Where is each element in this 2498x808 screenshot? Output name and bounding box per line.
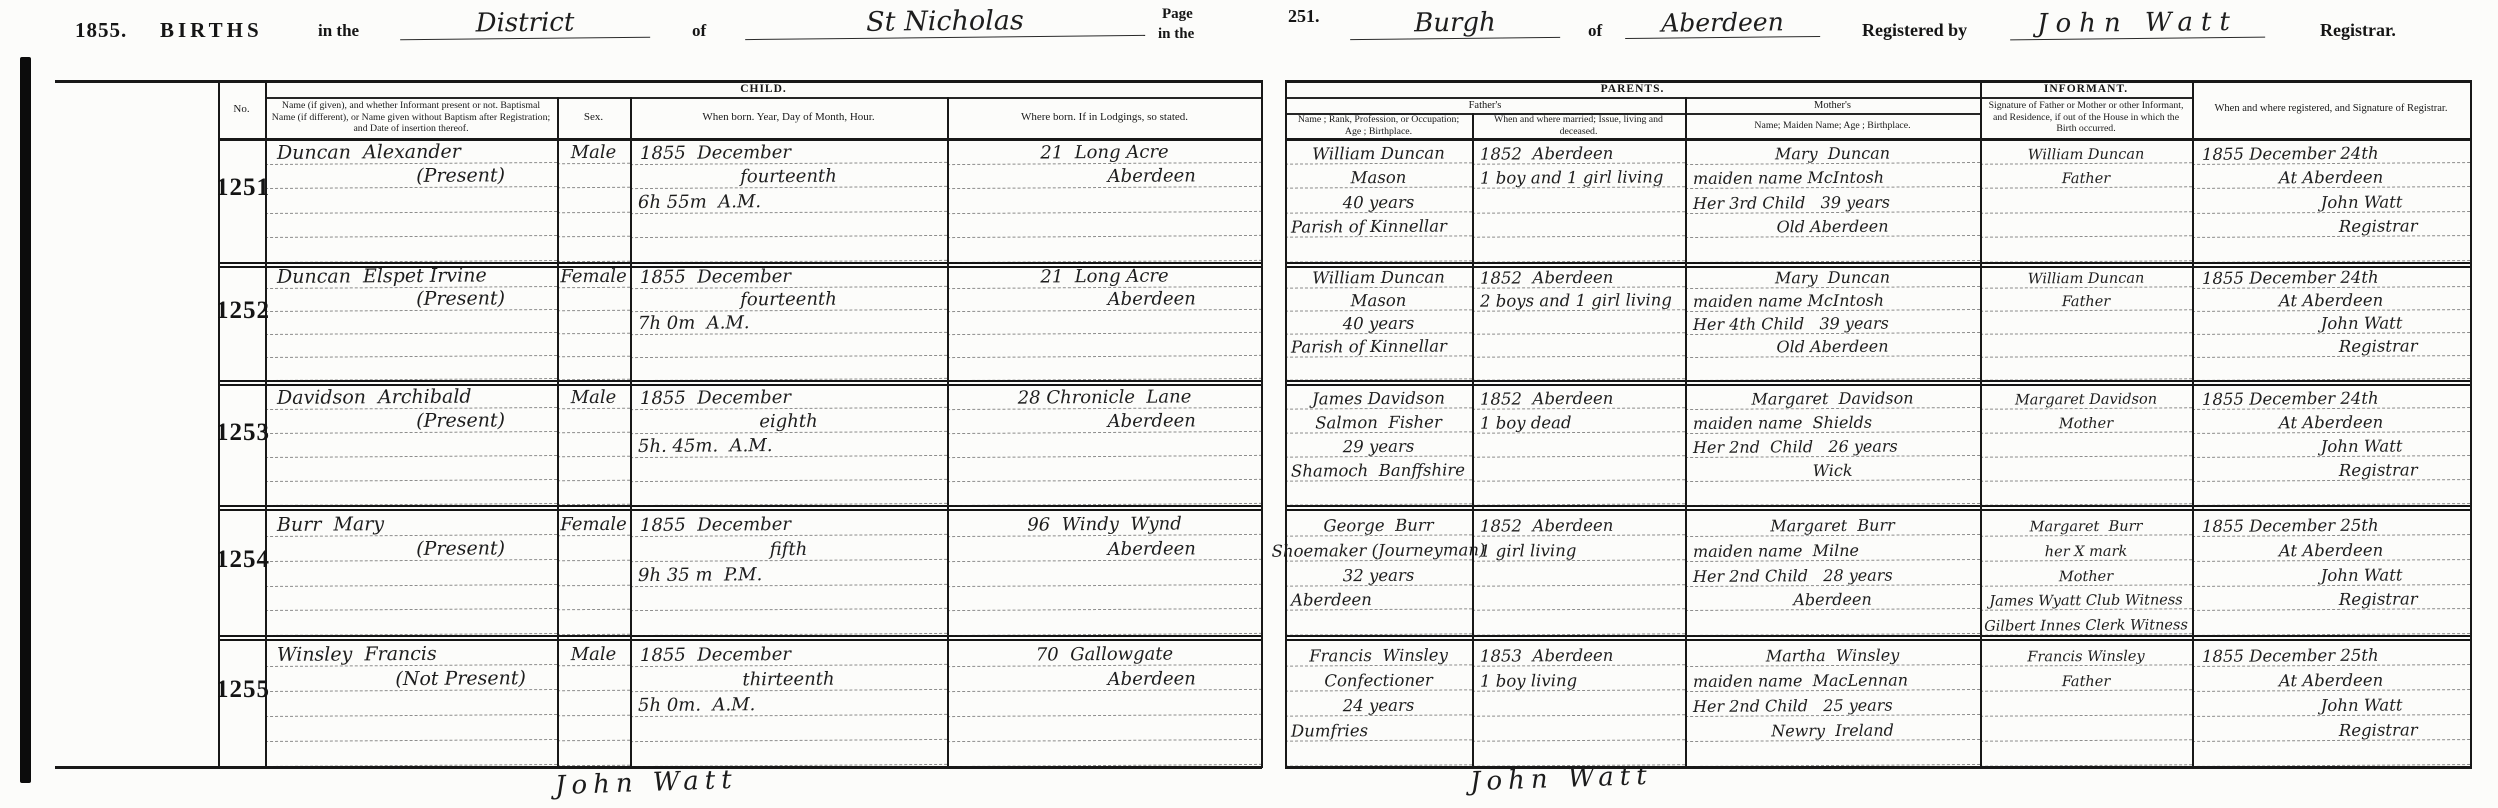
sex-line	[557, 610, 630, 635]
name-cell: Winsley Francis(Not Present)	[265, 641, 557, 766]
when-born-cell: 1855 Decembereighth5h. 45m. A.M.	[630, 385, 947, 505]
father-line: 32 years	[1285, 560, 1472, 586]
scan-edge-bar	[20, 57, 31, 783]
header-births-label: BIRTHS	[160, 18, 263, 43]
where-born-line: Aberdeen	[947, 408, 1262, 434]
name-line	[265, 432, 557, 458]
registered-line: Registrar	[2192, 715, 2470, 742]
col-header-father: Name ; Rank, Profession, or Occupation; …	[1285, 113, 1472, 138]
father-line: Mason	[1285, 287, 1472, 311]
sex-line	[557, 189, 630, 214]
where-born-line	[947, 212, 1262, 239]
when-born-line: 9h 35 m P.M.	[630, 559, 947, 586]
informant-line	[1980, 188, 2192, 214]
burgh-of-label: of	[1588, 21, 1602, 41]
registered-line: At Aberdeen	[2192, 665, 2470, 692]
married-cell: 1852 Aberdeen1 boy dead	[1472, 385, 1685, 505]
father-line: Confectioner	[1285, 665, 1472, 691]
record-number: 1255	[216, 676, 269, 704]
informant-line: her X mark	[1980, 535, 2192, 561]
sex-line	[557, 457, 630, 482]
mother-line: Old Aberdeen	[1685, 212, 1980, 238]
married-line	[1472, 609, 1685, 635]
where-born-line: 28 Chronicle Lane	[947, 384, 1262, 410]
when-born-line	[630, 584, 947, 611]
name-line	[265, 356, 557, 381]
mother-line: Her 2nd Child 26 years	[1685, 432, 1980, 458]
name-line: Duncan Elspet Irvine	[265, 264, 557, 289]
where-born-line: Aberdeen	[947, 287, 1262, 312]
sex-line	[557, 585, 630, 610]
name-line: (Present)	[265, 287, 557, 312]
father-cell: William DuncanMason40 yearsParish of Kin…	[1285, 140, 1472, 262]
col-header-no: No.	[218, 80, 265, 138]
where-born-line: Aberdeen	[947, 163, 1262, 190]
married-line	[1472, 237, 1685, 263]
where-born-line	[947, 456, 1262, 482]
when-born-line	[630, 480, 947, 506]
col-header-when-born: When born. Year, Day of Month, Hour.	[630, 97, 947, 138]
registered-cell: 1855 December 24thAt AberdeenJohn WattRe…	[2192, 140, 2470, 262]
informant-cell: William DuncanFather	[1980, 265, 2192, 380]
sex-line: Female	[557, 265, 630, 289]
registered-by-label: Registered by	[1862, 20, 1967, 41]
married-line: 1 boy dead	[1472, 408, 1685, 433]
informant-line: William Duncan	[1980, 139, 2192, 165]
mother-line: Old Aberdeen	[1685, 333, 1980, 358]
where-born-line: Aberdeen	[947, 535, 1262, 562]
where-born-line	[947, 584, 1262, 611]
where-born-line	[947, 559, 1262, 586]
mother-line: maiden name MacLennan	[1685, 665, 1980, 692]
father-line: Dumfries	[1285, 715, 1472, 741]
name-line	[265, 715, 557, 742]
informant-cell: Margaret Burrher X markMotherJames Wyatt…	[1980, 511, 2192, 635]
where-born-line	[947, 310, 1262, 335]
when-born-line	[630, 456, 947, 482]
mother-line: Her 3rd Child 39 years	[1685, 188, 1980, 214]
name-line	[265, 690, 557, 717]
when-born-line	[630, 740, 947, 767]
registered-cell: 1855 December 25thAt AberdeenJohn WattRe…	[2192, 641, 2470, 766]
married-line: 1 girl living	[1472, 535, 1685, 561]
when-born-cell: 1855 Decemberfourteenth7h 0m A.M.	[630, 265, 947, 380]
sex-line	[557, 666, 630, 692]
name-cell: Davidson Archibald(Present)	[265, 385, 557, 505]
when-born-line: eighth	[630, 408, 947, 434]
married-line	[1472, 480, 1685, 505]
when-born-cell: 1855 Decemberfifth9h 35 m P.M.	[630, 511, 947, 635]
married-cell: 1852 Aberdeen1 boy and 1 girl living	[1472, 140, 1685, 262]
sex-line: Male	[557, 641, 630, 667]
informant-line: Francis Winsley	[1980, 640, 2192, 666]
mother-cell: Martha Winsleymaiden name MacLennanHer 2…	[1685, 641, 1980, 766]
where-born-cell: 21 Long AcreAberdeen	[947, 140, 1262, 262]
informant-line: Mother	[1980, 560, 2192, 586]
mother-cell: Margaret Burrmaiden name MilneHer 2nd Ch…	[1685, 511, 1980, 635]
registered-line: John Watt	[2192, 310, 2470, 335]
col-header-married: When and where married; Issue, living an…	[1472, 113, 1685, 138]
name-line: (Present)	[265, 535, 557, 562]
sex-line	[557, 691, 630, 717]
mother-line: Wick	[1685, 456, 1980, 482]
registered-line: 1855 December 25th	[2192, 640, 2470, 667]
informant-cell: Margaret DavidsonMother	[1980, 385, 2192, 505]
group-header-parents: PARENTS.	[1285, 80, 1980, 97]
father-line: William Duncan	[1285, 264, 1472, 288]
name-line	[265, 609, 557, 636]
when-born-line: 6h 55m A.M.	[630, 188, 947, 215]
where-born-line	[947, 715, 1262, 742]
sex-line	[557, 560, 630, 585]
name-line: (Not Present)	[265, 665, 557, 692]
mother-line: Mary Duncan	[1685, 139, 1980, 165]
subgroup-header-mothers: Mother's	[1685, 97, 1980, 113]
father-line: Mason	[1285, 164, 1472, 190]
married-line: 1853 Aberdeen	[1472, 640, 1685, 666]
father-line: George Burr	[1285, 510, 1472, 536]
where-born-line	[947, 690, 1262, 717]
name-line	[265, 310, 557, 335]
registered-line: At Aberdeen	[2192, 287, 2470, 312]
registered-line	[2192, 356, 2470, 381]
burgh-name-handwriting: Aberdeen	[1625, 7, 1820, 39]
mother-line: maiden name McIntosh	[1685, 287, 1980, 312]
registrar-label: Registrar.	[2320, 20, 2396, 41]
registered-line: 1855 December 24th	[2192, 264, 2470, 289]
when-born-line: thirteenth	[630, 665, 947, 692]
informant-line	[1980, 715, 2192, 741]
mother-line	[1685, 740, 1980, 767]
mother-line	[1685, 237, 1980, 263]
mother-line: Margaret Davidson	[1685, 384, 1980, 410]
registered-line: Registrar	[2192, 333, 2470, 358]
registered-line: Registrar	[2192, 584, 2470, 611]
married-line: 1852 Aberdeen	[1472, 264, 1685, 288]
where-born-line: Aberdeen	[947, 665, 1262, 692]
father-line: James Davidson	[1285, 384, 1472, 409]
married-cell: 1852 Aberdeen2 boys and 1 girl living	[1472, 265, 1685, 380]
father-line: Aberdeen	[1285, 585, 1472, 611]
father-cell: Francis WinsleyConfectioner24 yearsDumfr…	[1285, 641, 1472, 766]
when-born-cell: 1855 Decemberthirteenth5h 0m. A.M.	[630, 641, 947, 766]
mother-cell: Mary Duncanmaiden name McIntoshHer 3rd C…	[1685, 140, 1980, 262]
name-line	[265, 456, 557, 482]
married-line	[1472, 560, 1685, 586]
mother-line	[1685, 609, 1980, 636]
mother-line: Her 2nd Child 25 years	[1685, 690, 1980, 717]
informant-line: Margaret Burr	[1980, 510, 2192, 536]
registered-line	[2192, 480, 2470, 506]
father-line: 40 years	[1285, 310, 1472, 334]
mother-line: Mary Duncan	[1685, 264, 1980, 289]
father-cell: James DavidsonSalmon Fisher29 yearsShamo…	[1285, 385, 1472, 505]
name-line	[265, 480, 557, 506]
when-born-line: fourteenth	[630, 287, 947, 312]
informant-cell: Francis WinsleyFather	[1980, 641, 2192, 766]
page-in-the-label: in the	[1158, 26, 1194, 43]
married-line	[1472, 310, 1685, 334]
where-born-line: 96 Windy Wynd	[947, 510, 1262, 537]
mother-line: Her 2nd Child 28 years	[1685, 560, 1980, 587]
informant-line	[1980, 237, 2192, 263]
registrar-signature-footer-right: John Watt	[1470, 761, 1654, 797]
informant-line	[1980, 333, 2192, 357]
registered-line: Registrar	[2192, 212, 2470, 238]
informant-line: Father	[1980, 164, 2192, 190]
where-born-line	[947, 432, 1262, 458]
informant-line: Father	[1980, 665, 2192, 691]
informant-line	[1980, 356, 2192, 380]
record-number: 1254	[216, 546, 269, 574]
mother-line: maiden name Milne	[1685, 535, 1980, 562]
father-line	[1285, 610, 1472, 636]
subgroup-header-fathers: Father's	[1285, 97, 1685, 113]
informant-line	[1980, 480, 2192, 505]
registrar-signature-header: John Watt	[2010, 7, 2265, 41]
record-number: 1253	[216, 419, 269, 447]
informant-line: James Wyatt Club Witness	[1980, 585, 2192, 611]
header-of-label: of	[692, 21, 706, 41]
father-line: William Duncan	[1285, 139, 1472, 165]
sex-line: Male	[557, 385, 630, 410]
sex-line	[557, 481, 630, 506]
col-header-where-born: Where born. If in Lodgings, so stated.	[947, 97, 1262, 138]
record-number: 1251	[216, 174, 269, 202]
registered-line: John Watt	[2192, 188, 2470, 214]
informant-line	[1980, 310, 2192, 334]
registered-line: At Aberdeen	[2192, 535, 2470, 562]
where-born-line: 21 Long Acre	[947, 264, 1262, 289]
informant-line: Gilbert Innes Clerk Witness	[1980, 609, 2192, 635]
informant-line: William Duncan	[1980, 264, 2192, 288]
name-line: Davidson Archibald	[265, 384, 557, 410]
father-line: Francis Winsley	[1285, 640, 1472, 666]
sex-line	[557, 164, 630, 189]
where-born-line: 70 Gallowgate	[947, 640, 1262, 667]
informant-line	[1980, 740, 2192, 766]
mother-cell: Margaret Davidsonmaiden name ShieldsHer …	[1685, 385, 1980, 505]
father-line: Parish of Kinnellar	[1285, 213, 1472, 239]
registered-line: 1855 December 24th	[2192, 384, 2470, 410]
name-line: Winsley Francis	[265, 640, 557, 667]
where-born-cell: 28 Chronicle LaneAberdeen	[947, 385, 1262, 505]
mother-cell: Mary Duncanmaiden name McIntoshHer 4th C…	[1685, 265, 1980, 380]
when-born-line: 7h 0m A.M.	[630, 310, 947, 335]
when-born-line: 1855 December	[630, 384, 947, 410]
sex-line	[557, 409, 630, 434]
informant-line: Mother	[1980, 408, 2192, 433]
married-line: 1852 Aberdeen	[1472, 139, 1685, 165]
name-cell: Duncan Alexander(Present)	[265, 140, 557, 262]
header-in-the-label: in the	[318, 21, 359, 41]
married-line	[1472, 585, 1685, 611]
sex-line	[557, 716, 630, 742]
where-born-line	[947, 480, 1262, 506]
name-line: (Present)	[265, 163, 557, 189]
registered-cell: 1855 December 24thAt AberdeenJohn WattRe…	[2192, 385, 2470, 505]
name-line	[265, 740, 557, 767]
father-line: 24 years	[1285, 690, 1472, 716]
father-line	[1285, 740, 1472, 766]
name-line: Duncan Alexander	[265, 139, 557, 165]
burgh-word-handwriting: Burgh	[1350, 7, 1560, 40]
informant-line	[1980, 456, 2192, 481]
registrar-signature-footer-left: John Watt	[555, 765, 739, 801]
col-header-registered: When and where registered, and Signature…	[2192, 80, 2470, 138]
when-born-line: fifth	[630, 535, 947, 562]
name-line	[265, 212, 557, 238]
name-line: Burr Mary	[265, 510, 557, 537]
where-born-line	[947, 609, 1262, 636]
sex-line	[557, 288, 630, 312]
when-born-line: fourteenth	[630, 163, 947, 190]
registered-line: John Watt	[2192, 560, 2470, 587]
mother-line: Aberdeen	[1685, 584, 1980, 611]
married-cell: 1852 Aberdeen1 girl living	[1472, 511, 1685, 635]
col-header-name: Name (if given), and whether Informant p…	[265, 97, 557, 138]
where-born-line	[947, 188, 1262, 215]
page-number: 251.	[1288, 6, 1320, 27]
page-label: Page	[1162, 6, 1193, 23]
when-born-line: 5h. 45m. A.M.	[630, 432, 947, 458]
married-cell: 1853 Aberdeen1 boy living	[1472, 641, 1685, 766]
header-year: 1855.	[75, 18, 127, 43]
registered-line: 1855 December 24th	[2192, 139, 2470, 165]
when-born-line	[630, 236, 947, 263]
informant-cell: William DuncanFather	[1980, 140, 2192, 262]
father-line: Shoemaker (Journeyman)	[1285, 535, 1472, 561]
informant-line	[1980, 432, 2192, 457]
mother-line	[1685, 480, 1980, 506]
record-number: 1252	[216, 297, 269, 325]
col-header-mother: Name; Maiden Name; Age ; Birthplace.	[1685, 113, 1980, 138]
registered-cell: 1855 December 24thAt AberdeenJohn WattRe…	[2192, 265, 2470, 380]
married-line: 1 boy and 1 girl living	[1472, 164, 1685, 190]
when-born-line	[630, 609, 947, 636]
when-born-line: 1855 December	[630, 510, 947, 537]
sex-cell: Female	[557, 511, 630, 635]
when-born-line	[630, 333, 947, 358]
sex-cell: Male	[557, 385, 630, 505]
when-born-line: 1855 December	[630, 264, 947, 289]
father-line	[1285, 356, 1472, 380]
where-born-cell: 70 GallowgateAberdeen	[947, 641, 1262, 766]
father-line: Shamoch Banffshire	[1285, 456, 1472, 481]
when-born-line	[630, 356, 947, 381]
where-born-line	[947, 333, 1262, 358]
registered-line	[2192, 237, 2470, 263]
name-line	[265, 584, 557, 611]
registered-cell: 1855 December 25thAt AberdeenJohn WattRe…	[2192, 511, 2470, 635]
name-cell: Duncan Elspet Irvine(Present)	[265, 265, 557, 380]
where-born-line	[947, 236, 1262, 263]
father-line: Salmon Fisher	[1285, 408, 1472, 433]
where-born-line	[947, 740, 1262, 767]
name-cell: Burr Mary(Present)	[265, 511, 557, 635]
father-line	[1285, 480, 1472, 505]
name-line	[265, 333, 557, 358]
sex-line	[557, 357, 630, 381]
group-header-child: CHILD.	[265, 80, 1262, 97]
col-header-sex: Sex.	[557, 97, 630, 138]
informant-line	[1980, 212, 2192, 238]
married-line	[1472, 715, 1685, 741]
where-born-line	[947, 356, 1262, 381]
married-line	[1472, 690, 1685, 716]
informant-line: Margaret Davidson	[1980, 384, 2192, 409]
married-line	[1472, 188, 1685, 214]
registered-line: At Aberdeen	[2192, 408, 2470, 434]
registered-line: At Aberdeen	[2192, 163, 2470, 189]
mother-line: Margaret Burr	[1685, 510, 1980, 537]
registered-line: Registrar	[2192, 456, 2470, 482]
married-line: 1852 Aberdeen	[1472, 510, 1685, 536]
sex-line	[557, 536, 630, 561]
when-born-line	[630, 715, 947, 742]
mother-line: maiden name McIntosh	[1685, 163, 1980, 189]
married-line: 2 boys and 1 girl living	[1472, 287, 1685, 311]
sex-line	[557, 237, 630, 262]
mother-line: Martha Winsley	[1685, 640, 1980, 667]
sex-cell: Male	[557, 140, 630, 262]
district-name-handwriting: St Nicholas	[745, 4, 1145, 40]
col-header-informant: Signature of Father or Mother or other I…	[1980, 97, 2192, 138]
married-line	[1472, 432, 1685, 457]
sex-line	[557, 213, 630, 238]
sex-cell: Male	[557, 641, 630, 766]
sex-line	[557, 741, 630, 767]
where-born-line: 21 Long Acre	[947, 139, 1262, 166]
when-born-line: 1855 December	[630, 139, 947, 166]
mother-line: maiden name Shields	[1685, 408, 1980, 434]
informant-line	[1980, 690, 2192, 716]
married-line	[1472, 333, 1685, 357]
mother-line: Her 4th Child 39 years	[1685, 310, 1980, 335]
where-born-cell: 96 Windy WyndAberdeen	[947, 511, 1262, 635]
when-born-line: 5h 0m. A.M.	[630, 690, 947, 717]
sex-line	[557, 334, 630, 358]
father-cell: William DuncanMason40 yearsParish of Kin…	[1285, 265, 1472, 380]
married-line: 1 boy living	[1472, 665, 1685, 691]
when-born-cell: 1855 Decemberfourteenth6h 55m A.M.	[630, 140, 947, 262]
name-line	[265, 237, 557, 263]
sex-line: Female	[557, 511, 630, 536]
father-cell: George BurrShoemaker (Journeyman)32 year…	[1285, 511, 1472, 635]
married-line	[1472, 212, 1685, 238]
group-header-informant: INFORMANT.	[1980, 80, 2192, 97]
mother-line: Newry Ireland	[1685, 715, 1980, 742]
when-born-line	[630, 212, 947, 239]
registered-line: 1855 December 25th	[2192, 510, 2470, 537]
name-line	[265, 560, 557, 587]
registered-line: John Watt	[2192, 690, 2470, 717]
registered-line	[2192, 740, 2470, 767]
sex-line	[557, 311, 630, 335]
where-born-cell: 21 Long AcreAberdeen	[947, 265, 1262, 380]
sex-line: Male	[557, 140, 630, 165]
register-scan: 1855. BIRTHS in the District of St Nicho…	[0, 0, 2498, 808]
father-line: Parish of Kinnellar	[1285, 333, 1472, 357]
sex-line	[557, 433, 630, 458]
married-line	[1472, 356, 1685, 380]
married-line: 1852 Aberdeen	[1472, 384, 1685, 409]
registered-line: John Watt	[2192, 432, 2470, 458]
name-line	[265, 188, 557, 214]
sex-cell: Female	[557, 265, 630, 380]
father-line: 40 years	[1285, 188, 1472, 214]
father-line	[1285, 237, 1472, 263]
